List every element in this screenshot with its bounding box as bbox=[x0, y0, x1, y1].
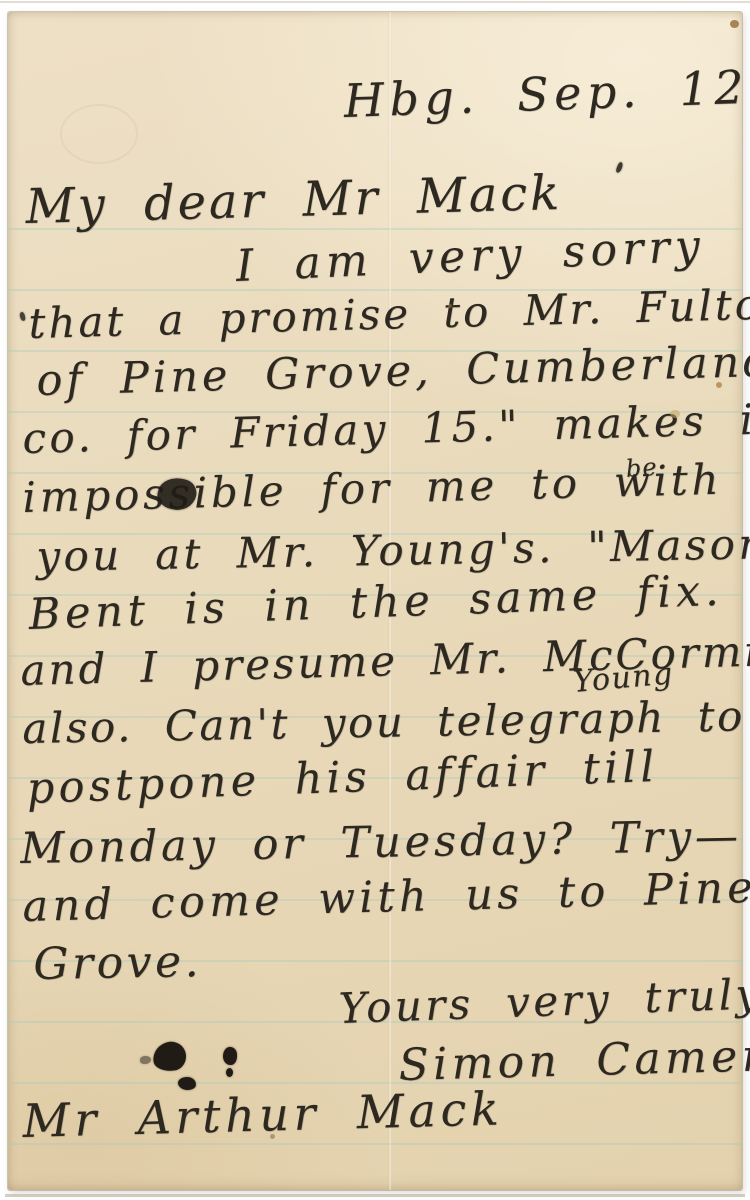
ink-blot bbox=[223, 1047, 237, 1065]
paper-stain bbox=[448, 304, 452, 308]
paper-stain bbox=[670, 410, 680, 418]
salutation: My dear Mr Mack bbox=[25, 169, 563, 231]
letter-paper: Hbg. Sep. 12 /82 My dear Mr Mack I am ve… bbox=[8, 12, 742, 1190]
paper-stain bbox=[730, 20, 739, 28]
scan-edge-top bbox=[0, 1, 750, 3]
addressee: Mr Arthur Mack bbox=[22, 1085, 504, 1144]
ink-blot bbox=[226, 1068, 233, 1077]
signature: Simon Cameron bbox=[398, 1033, 750, 1088]
insertion-be: be bbox=[625, 455, 659, 481]
paper-stain bbox=[270, 1134, 275, 1139]
scan-edge-bottom bbox=[5, 1194, 745, 1197]
paper-stain bbox=[716, 382, 722, 388]
body-line: Grove. bbox=[33, 940, 202, 987]
letter-scan: Hbg. Sep. 12 /82 My dear Mr Mack I am ve… bbox=[0, 0, 750, 1200]
body-line: Monday or Tuesday? Try— bbox=[20, 815, 742, 871]
embossed-stamp-ghost bbox=[60, 104, 138, 164]
